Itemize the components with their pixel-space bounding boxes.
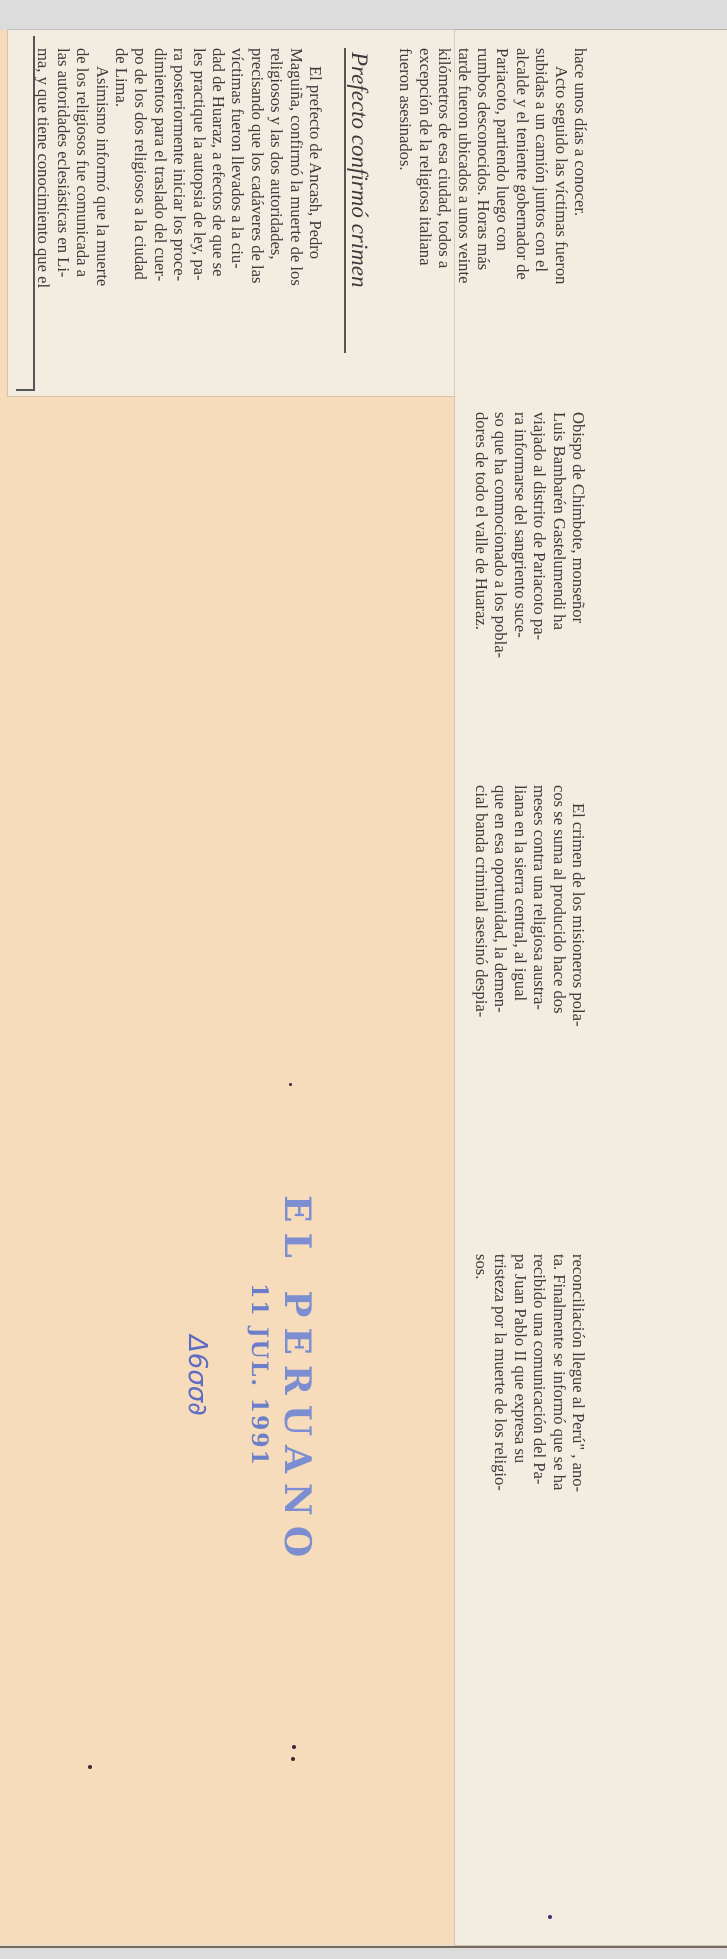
text-line: las autoridades eclesiásticas en Li- [53,48,72,393]
text-line: religiosos y las dos autoridades, [267,48,286,393]
text-line: tarde fueron ubicados a unos veinte [454,48,473,393]
text-line: kilómetros de esa ciudad, todos a [435,48,454,393]
received-stamp-date: 11 JUL. 1991 [246,1283,272,1467]
text-line: les practique la autopsia de ley, pa- [189,48,208,393]
text-line: que en esa oportunidad, la demen- [491,785,510,1130]
text-line: alcalde y el teniente gobernador de [512,48,531,393]
text-line: pa Juan Pablo II que expresa su [510,1254,529,1599]
text-line: reconciliación llegue al Perú" , ano- [569,1254,588,1599]
text-line: hace unos días a conocer. [571,48,590,393]
text-line: El prefecto de Ancash, Pedro [306,48,325,393]
text-line: ra posteriormente iniciar los proce- [170,48,189,393]
text-line: dores de todo el valle de Huaraz. [472,412,491,757]
text-line: de los religiosos fue comunicada a [73,48,92,393]
text-line: ta. Finalmente se informó que se ha [549,1254,568,1599]
text-line: dimientos para el traslado del cuer- [150,48,169,393]
article-column-prefecto: El prefecto de Ancash, PedroMaguiña, con… [34,48,325,393]
text-line: dad de Huaraz, a efectos de que se [209,48,228,393]
column-rule-end [16,389,35,391]
article-column-crimen: El crimen de los misioneros pola-cos se … [472,785,588,1130]
text-line: sos. [472,1254,491,1599]
text-line: meses contra una religiosa austra- [530,785,549,1130]
text-line: recibido una comunicación del Pa- [530,1254,549,1599]
text-line: precisando que los cadáveres de las [247,48,266,393]
text-line: Obispo de Chimbote, monseñor [569,412,588,757]
ink-speck [291,1757,295,1761]
subheading: Prefecto confirmó crimen [346,52,372,287]
text-line: Acto seguido las víctimas fueron [551,48,570,393]
text-line: subidas a un camión juntos con el [532,48,551,393]
text-line: so que ha conmocionado a los pobla- [491,412,510,757]
handwritten-initials: Δ6σσ∂ [182,1335,212,1416]
text-line: cos se suma al producido hace dos [549,785,568,1130]
text-line: viajado al distrito de Pariacoto pa- [530,412,549,757]
text-line: tristeza por la muerte de los religio- [491,1254,510,1599]
text-line: Luis Bambarén Gastelumendi ha [549,412,568,757]
text-line: Pariacoto, partiendo luego con [493,48,512,393]
ink-speck [88,1765,92,1769]
ink-speck [292,1745,296,1749]
text-line: rumbos desconocidos. Horas más [474,48,493,393]
text-line: Maguiña, confirmó la muerte de los [286,48,305,393]
text-line: de Lima. [112,48,131,393]
text-line: po de los dos religiosos a la ciudad [131,48,150,393]
text-line: fueron asesinados. [396,48,415,393]
text-line: ma, y que tiene conocimiento que el [34,48,53,393]
text-line: ra informarse del sangriento suce- [510,412,529,757]
received-stamp-title: EL PERUANO [276,1195,318,1567]
ink-speck [548,1915,552,1919]
text-line: Asimismo informó que la muerte [92,48,111,393]
text-line: cial banda criminal asesinó despia- [472,785,491,1130]
article-column-continuation: hace unos días a conocer.Acto seguido la… [396,48,590,393]
text-line: El crimen de los misioneros pola- [569,785,588,1130]
text-line: liana en la sierra central, al igual [510,785,529,1130]
ink-speck [289,1083,292,1086]
text-line: excepción de la religiosa italiana [415,48,434,393]
text-line: víctimas fueron llevados a la ciu- [228,48,247,393]
article-column-final: reconciliación llegue al Perú" , ano-ta.… [472,1254,588,1599]
article-column-obispo: Obispo de Chimbote, monseñorLuis Bambaré… [472,412,588,757]
